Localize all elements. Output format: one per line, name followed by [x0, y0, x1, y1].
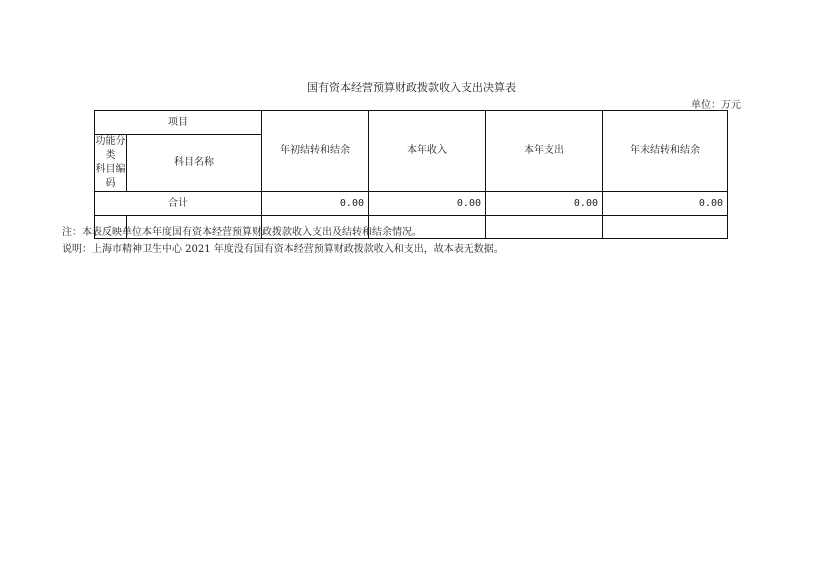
header-current-income: 本年收入 [369, 111, 486, 192]
explanation-note: 说明：上海市精神卫生中心 2021 年度没有国有资本经营预算财政拨款收入和支出，… [62, 240, 504, 255]
total-current-income: 0.00 [369, 192, 486, 216]
header-opening-balance: 年初结转和结余 [262, 111, 369, 192]
total-label: 合计 [95, 192, 262, 216]
total-opening-balance: 0.00 [262, 192, 369, 216]
empty-current-expense [486, 216, 603, 239]
header-item: 项目 [95, 111, 262, 135]
total-closing-balance: 0.00 [603, 192, 728, 216]
header-current-expense: 本年支出 [486, 111, 603, 192]
budget-table: 项目 年初结转和结余 本年收入 本年支出 年末结转和结余 功能分类 科目编码 科… [94, 110, 728, 239]
header-function-code: 功能分类 科目编码 [95, 135, 127, 192]
table-row-total: 合计 0.00 0.00 0.00 0.00 [95, 192, 728, 216]
document-title: 国有资本经营预算财政拨款收入支出决算表 [0, 79, 823, 95]
empty-closing-balance [603, 216, 728, 239]
total-current-expense: 0.00 [486, 192, 603, 216]
header-function-code-line2: 科目编码 [95, 163, 126, 191]
header-function-code-line1: 功能分类 [95, 135, 126, 163]
footnote: 注：本表反映单位本年度国有资本经营预算财政拨款收入支出及结转和结余情况。 [62, 223, 422, 238]
header-closing-balance: 年末结转和结余 [603, 111, 728, 192]
header-subject-name: 科目名称 [127, 135, 262, 192]
unit-label: 单位：万元 [691, 96, 741, 111]
